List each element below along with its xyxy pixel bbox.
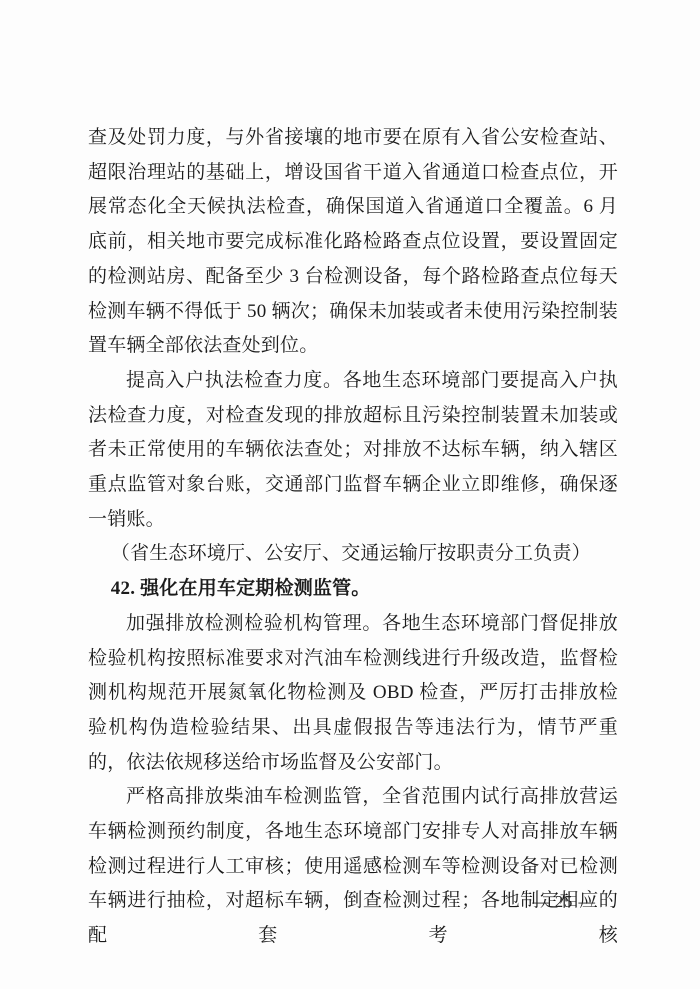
paragraph-household-enforcement: 提高入户执法检查力度。各地生态环境部门要提高入户执法检查力度，对检查发现的排放超… [88, 364, 618, 538]
paragraph-inspection-agency: 加强排放检测检验机构管理。各地生态环境部门督促排放检验机构按照标准要求对汽油车检… [88, 607, 618, 781]
paragraph-responsibility-attribution: （省生态环境厅、公安厅、交通运输厅按职责分工负责） [88, 537, 618, 572]
page-number: — 25 — [532, 892, 596, 912]
paragraph-diesel-inspection: 严格高排放柴油车检测监管，全省范围内试行高排放营运车辆检测预约制度，各地生态环境… [88, 780, 618, 954]
document-page: 查及处罚力度，与外省接壤的地市要在原有入省公安检查站、超限治理站的基础上，增设国… [0, 0, 700, 989]
text-block: 查及处罚力度，与外省接壤的地市要在原有入省公安检查站、超限治理站的基础上，增设国… [88, 121, 618, 954]
section-heading-42: 42. 强化在用车定期检测监管。 [88, 572, 618, 607]
paragraph-continuation: 查及处罚力度，与外省接壤的地市要在原有入省公安检查站、超限治理站的基础上，增设国… [88, 121, 618, 364]
